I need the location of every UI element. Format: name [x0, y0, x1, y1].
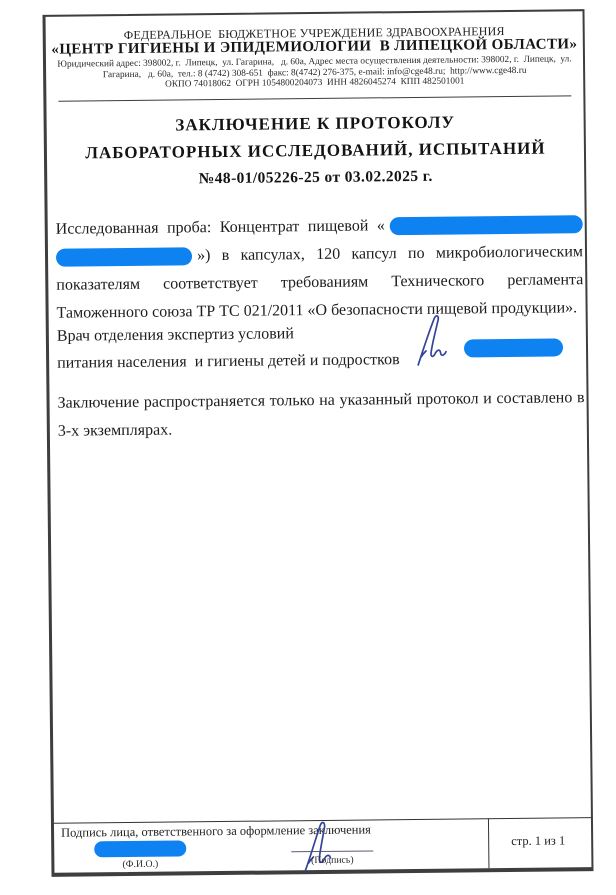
- closing-line-2: 3-х экземплярах.: [58, 412, 585, 446]
- document-number-date: №48-01/05226-25 от 03.02.2025 г.: [47, 166, 584, 190]
- body-line-1-text: Исследованная проба: Концентрат пищевой …: [56, 212, 385, 243]
- fio-caption: (Ф.И.О.): [94, 858, 186, 870]
- signature-caption: (Подпись): [291, 854, 373, 866]
- signatory-block: Врач отделения экспертиз условий питания…: [57, 319, 400, 377]
- body-paragraph: Исследованная проба: Концентрат пищевой …: [56, 210, 584, 328]
- redaction-box: [56, 247, 192, 266]
- page-border-frame: ФЕДЕРАЛЬНОЕ БЮДЖЕТНОЕ УЧРЕЖДЕНИЕ ЗДРАВОО…: [43, 9, 594, 877]
- redaction-box: [464, 338, 563, 357]
- body-line-2-text: ») в капсулах, 120 капсул по микробиолог…: [197, 238, 583, 270]
- redaction-box: [94, 840, 186, 857]
- header-divider-line: [58, 95, 571, 101]
- redaction-box: [390, 215, 583, 235]
- page-indicator: стр. 1 из 1: [488, 833, 588, 849]
- document-title-line-2: ЛАБОРАТОРНЫХ ИССЛЕДОВАНИЙ, ИСПЫТАНИЙ: [47, 138, 584, 164]
- scanned-document-page: ФЕДЕРАЛЬНОЕ БЮДЖЕТНОЕ УЧРЕЖДЕНИЕ ЗДРАВОО…: [0, 0, 616, 895]
- closing-line-1: Заключение распространяется только на ук…: [57, 384, 584, 418]
- handwritten-signature-ink: [297, 820, 340, 876]
- signatory-position-line-1: Врач отделения экспертиз условий: [57, 319, 400, 350]
- closing-paragraph: Заключение распространяется только на ук…: [57, 384, 585, 446]
- document-title-line-1: ЗАКЛЮЧЕНИЕ К ПРОТОКОЛУ: [47, 111, 584, 137]
- handwritten-signature-ink: [409, 312, 454, 370]
- signatory-position-line-2: питания населения и гигиены детей и подр…: [57, 346, 400, 377]
